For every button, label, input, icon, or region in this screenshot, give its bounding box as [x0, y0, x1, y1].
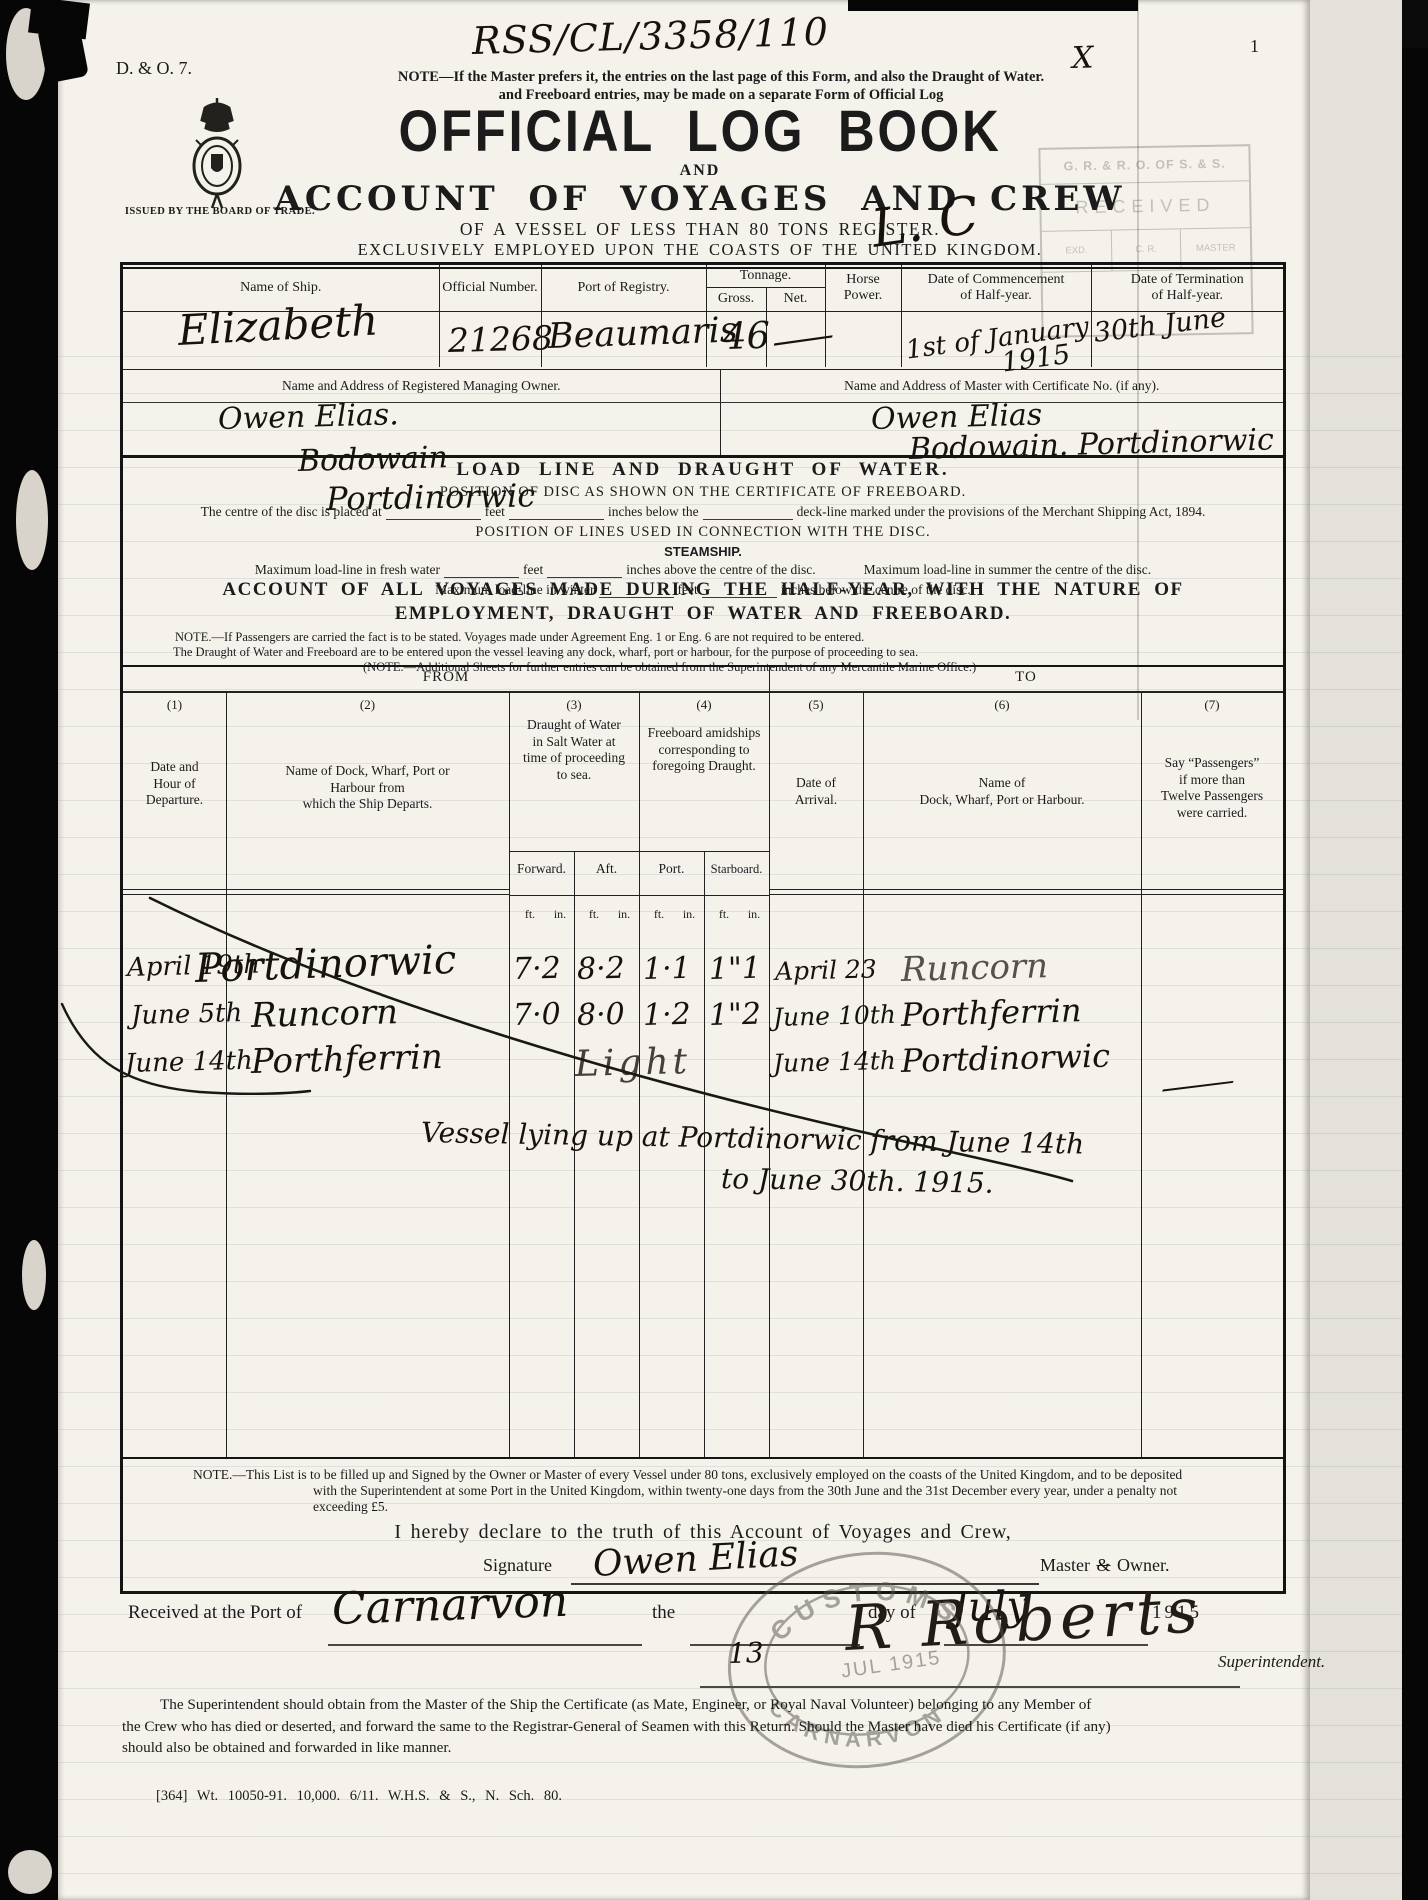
account-heading-section: ACCOUNT OF ALL VOYAGES MADE DURING THE H…	[123, 579, 1283, 675]
centre-part: inches below the	[608, 504, 699, 520]
unit-label: ft.	[709, 907, 739, 922]
blank-line	[328, 1644, 642, 1646]
arrival-date: June 14th	[773, 1048, 897, 1076]
draught-aft: 8·2	[577, 954, 625, 985]
handwritten-initials: L. C	[868, 189, 982, 255]
cell-master: Owen Elias Bodowain. Portdinorwic	[720, 403, 1283, 456]
list-note-line2: with the Superintendent at some Port in …	[313, 1483, 1177, 1499]
cell-tonnage-net: —	[766, 311, 825, 367]
departure-date: June 14th	[125, 1048, 253, 1077]
centre-part: feet	[485, 504, 505, 520]
scan-edge-right	[1402, 48, 1428, 1900]
grid-line	[769, 889, 1283, 890]
fresh-water-line: Maximum load-line in fresh water feet in…	[123, 562, 1283, 578]
received-prefix: Received at the Port of	[128, 1602, 302, 1624]
page-title: OFFICIAL LOG BOOK	[225, 98, 1175, 165]
form-border-box: Name of Ship. Official Number. Port of R…	[120, 262, 1286, 1594]
grid-line	[123, 894, 509, 895]
freeboard-starboard: 1"2	[709, 1000, 762, 1031]
col-number: (7)	[1141, 697, 1283, 713]
to-port: Runcorn	[901, 949, 1049, 987]
cell-horse-power	[825, 311, 901, 367]
account-note2: The Draught of Water and Freeboard are t…	[173, 645, 1283, 660]
from-label: FROM	[123, 669, 769, 686]
official-number-handwritten: 21268	[447, 321, 553, 357]
subtitle-coasts: EXCLUSIVELY EMPLOYED UPON THE COASTS OF …	[160, 240, 1240, 260]
top-note-line1: NOTE—If the Master prefers it, the entri…	[368, 68, 1074, 86]
received-port-handwritten: Carnarvon	[331, 1580, 569, 1632]
draught-aft: 8·0	[577, 1000, 625, 1031]
scan-edge-top	[848, 0, 1138, 11]
passengers-dash: —	[1157, 1066, 1238, 1105]
sub-label-starboard: Starboard.	[704, 861, 769, 878]
superintendent-instructions: The Superintendent should obtain from th…	[122, 1694, 1298, 1759]
col-number: (1)	[123, 697, 226, 713]
tonnage-gross-handwritten: 46	[722, 316, 770, 354]
list-note-line3: exceeding £5.	[313, 1499, 388, 1515]
header-tonnage: Tonnage.	[706, 265, 825, 287]
grid-line	[123, 691, 1283, 693]
declaration-section: NOTE.—This List is to be filled up and S…	[123, 1457, 1283, 1593]
freeboard-starboard: 1"1	[709, 954, 762, 985]
signature-label: Signature	[483, 1555, 552, 1576]
draught-forward: 7·0	[513, 1000, 561, 1031]
blank-line	[509, 506, 604, 520]
cell-port-of-registry: Beaumaris	[541, 311, 706, 367]
section-divider	[123, 455, 1283, 458]
header-official-number: Official Number.	[439, 265, 541, 311]
reference-number-handwritten: RSS/CL/3358/110	[472, 13, 830, 60]
col-label-draught: Draught of Water in Salt Water at time o…	[509, 717, 639, 783]
list-note-line1: NOTE.—This List is to be filled up and S…	[193, 1467, 1182, 1483]
grid-line	[509, 895, 769, 896]
struck-word: &	[1094, 1555, 1112, 1575]
fresh-part: inches above the centre of the disc.	[626, 562, 815, 578]
instruction-line1: The Superintendent should obtain from th…	[122, 1694, 1298, 1716]
superintendent-label: Superintendent.	[1218, 1652, 1325, 1672]
col-label-to-port: Name of Dock, Wharf, Port or Harbour.	[863, 775, 1141, 808]
col-number: (4)	[639, 697, 769, 713]
to-port: Porthferrin	[901, 994, 1082, 1031]
from-port: Portdinorwic	[194, 940, 457, 989]
grid-line	[704, 851, 705, 1459]
col-label-passengers: Say “Passengers” if more than Twelve Pas…	[1141, 755, 1283, 821]
master-owner-label: Master & Owner.	[1040, 1555, 1170, 1576]
owner-master-table: Name and Address of Registered Managing …	[123, 370, 1283, 455]
freeboard-port: 1·1	[643, 954, 691, 985]
instruction-line3: should also be obtained and forwarded in…	[122, 1737, 1298, 1759]
col-number: (5)	[769, 697, 863, 713]
lying-up-note-line1: Vessel lying up at Portdinorwic from Jun…	[421, 1119, 1085, 1159]
sub-label-aft: Aft.	[574, 861, 639, 878]
grid-line	[769, 667, 770, 691]
from-port: Porthferrin	[251, 1040, 444, 1079]
lying-up-note-line2: to June 30th. 1915.	[721, 1165, 994, 1198]
fresh-part-summer: Maximum load-line in summer the centre o…	[864, 562, 1152, 578]
col-label-departure: Date and Hour of Departure.	[123, 759, 226, 809]
draught-forward: 7·2	[513, 954, 561, 985]
grid-line	[509, 851, 769, 852]
form-code: D. & O. 7.	[116, 58, 192, 79]
centre-of-disc-line: The centre of the disc is placed at feet…	[123, 504, 1283, 520]
page-subtitle: ACCOUNT OF VOYAGES AND CREW	[160, 179, 1240, 219]
paper-fragment	[22, 1240, 46, 1310]
col-label-arrival: Date of Arrival.	[769, 775, 863, 808]
col-label-from-port: Name of Dock, Wharf, Port or Harbour fro…	[226, 763, 509, 813]
grid-line	[769, 894, 1283, 895]
header-managing-owner: Name and Address of Registered Managing …	[123, 370, 720, 403]
owner-name-handwritten: Owen Elias.	[218, 400, 400, 435]
grid-line	[574, 851, 575, 1459]
title-conjunction: AND	[160, 162, 1240, 180]
blank-line	[444, 564, 519, 578]
grid-line	[123, 889, 509, 890]
account-heading-line2: EMPLOYMENT, DRAUGHT OF WATER AND FREEBOA…	[123, 603, 1283, 625]
unit-label: in.	[739, 907, 769, 922]
paper-fragment	[16, 470, 48, 570]
unit-label: ft.	[579, 907, 609, 922]
cell-commencement: 1st of January 1915	[901, 311, 1091, 367]
scan-edge-left	[0, 0, 58, 1900]
header-gross: Gross.	[706, 287, 766, 311]
centre-part: deck-line marked under the provisions of…	[797, 504, 1206, 520]
light-entry: Light	[575, 1044, 692, 1083]
position-disc-line: POSITION OF DISC AS SHOWN ON THE CERTIFI…	[123, 484, 1283, 501]
subtitle-vessel: OF A VESSEL OF LESS THAN 80 TONS REGISTE…	[160, 219, 1240, 240]
header-termination: Date of Termination of Half-year.	[1091, 265, 1283, 311]
voyage-table: FROM TO (1) (2) (3) (4) (5) (6) (7) Date…	[123, 665, 1283, 1459]
header-port-of-registry: Port of Registry.	[541, 265, 706, 311]
position-lines-line: POSITION OF LINES USED IN CONNECTION WIT…	[123, 524, 1283, 541]
stamp-date-text: JUL 1915	[840, 1647, 943, 1683]
scanned-log-book-page: RSS/CL/3358/110 1 X D. & O. 7. NOTE—If t…	[0, 0, 1428, 1900]
to-label: TO	[769, 669, 1283, 686]
unit-label: in.	[674, 907, 704, 922]
sub-label-forward: Forward.	[509, 861, 574, 878]
fresh-part: Maximum load-line in fresh water	[255, 562, 440, 578]
arrival-date: June 10th	[773, 1002, 897, 1030]
load-line-section: LOAD LINE AND DRAUGHT OF WATER. POSITION…	[123, 459, 1283, 598]
col-number: (2)	[226, 697, 509, 713]
cell-owner: Owen Elias. Bodowain Portdinorwic	[123, 403, 720, 456]
col-number: (6)	[863, 697, 1141, 713]
sub-label-port: Port.	[639, 861, 704, 878]
freeboard-port: 1·2	[643, 1000, 691, 1031]
unit-label: ft.	[515, 907, 545, 922]
ship-name-handwritten: Elizabeth	[177, 299, 379, 351]
account-note1: NOTE.—If Passengers are carried the fact…	[175, 630, 1283, 645]
departure-date: June 5th	[131, 1000, 243, 1029]
header-horse-power: Horse Power.	[825, 265, 901, 311]
master-word: Master	[1040, 1555, 1090, 1575]
cell-official-number: 21268	[439, 311, 541, 367]
x-mark-handwritten: X	[1072, 43, 1094, 74]
unit-label: ft.	[644, 907, 674, 922]
print-reference-footer: [364] Wt. 10050-91. 10,000. 6/11. W.H.S.…	[156, 1788, 562, 1805]
header-net: Net.	[766, 287, 825, 311]
blank-line	[386, 506, 481, 520]
cell-tonnage-gross: 46	[706, 311, 766, 367]
from-port: Runcorn	[251, 995, 399, 1033]
cell-termination: 30th June	[1091, 311, 1283, 367]
account-heading-line1: ACCOUNT OF ALL VOYAGES MADE DURING THE H…	[123, 579, 1283, 601]
cell-ship-name: Elizabeth	[123, 311, 439, 367]
ship-particulars-table: Name of Ship. Official Number. Port of R…	[123, 265, 1283, 370]
blank-line	[703, 506, 793, 520]
grid-line	[509, 691, 510, 1459]
load-line-heading: LOAD LINE AND DRAUGHT OF WATER.	[123, 459, 1283, 481]
instruction-line2: the Crew who has died or deserted, and f…	[122, 1716, 1298, 1738]
to-port: Portdinorwic	[901, 1040, 1111, 1077]
unit-label: in.	[545, 907, 575, 922]
centre-part: The centre of the disc is placed at	[201, 504, 382, 520]
arrival-date: April 23	[775, 956, 877, 984]
col-number: (3)	[509, 697, 639, 713]
page-number: 1	[1250, 36, 1259, 57]
fresh-part: feet	[523, 562, 543, 578]
paper-fragment	[8, 1850, 52, 1894]
received-the: the	[652, 1602, 675, 1624]
owner-word: Owner.	[1117, 1555, 1170, 1575]
unit-label: in.	[609, 907, 639, 922]
steamship-label: STEAMSHIP.	[123, 544, 1283, 559]
blank-line	[547, 564, 622, 578]
col-label-freeboard: Freeboard amidships corresponding to for…	[639, 725, 769, 775]
